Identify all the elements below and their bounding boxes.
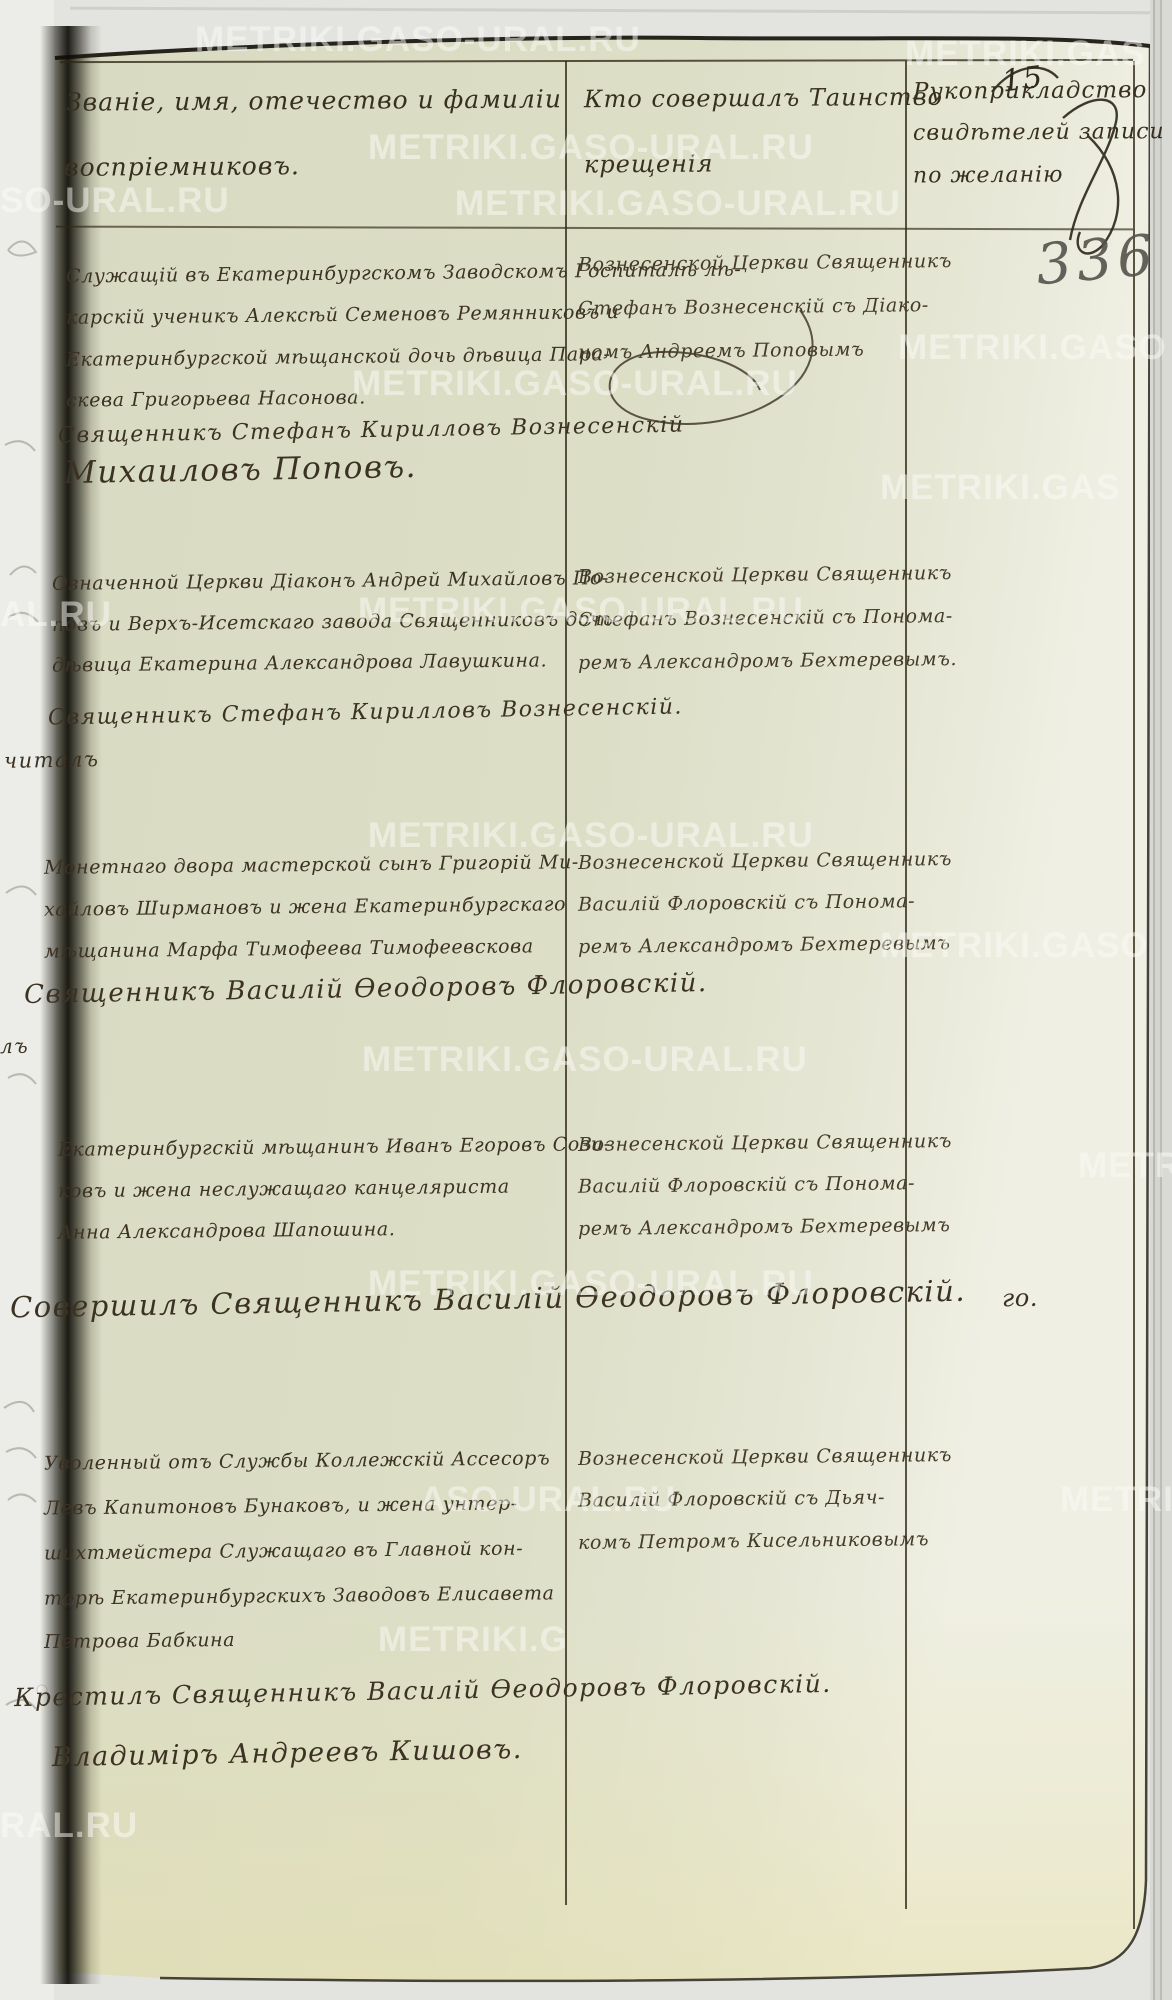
- header-col1-line2: воспріемниковъ.: [64, 151, 300, 182]
- header-col3-line3: по желанію: [913, 162, 1064, 188]
- officiant-line: ремъ Александромъ Бехтеревымъ: [578, 1214, 951, 1240]
- header-col2-line2: крещенія: [584, 150, 714, 179]
- officiant-line: Вознесенской Церкви Священникъ: [578, 1130, 952, 1156]
- margin-note: лъ: [0, 1034, 29, 1059]
- officiant-line: Вознесенской Церкви Священникъ: [578, 250, 952, 276]
- officiant-line: номъ Андреемъ Поповымъ: [578, 339, 865, 364]
- officiant-line: Василій Флоровскій съ Понома-: [578, 1172, 915, 1198]
- officiant-line: Стефанъ Вознесенскій съ Діако-: [578, 294, 929, 320]
- bleed-through-marks: [4, 241, 38, 1709]
- scan-edge-right: [1150, 0, 1172, 2000]
- godparents-line: скева Григорьева Насонова.: [66, 386, 366, 411]
- officiant-line: Василій Флоровскій съ Понома-: [578, 890, 915, 916]
- officiant-line: Вознесенской Церкви Священникъ: [578, 1444, 952, 1470]
- officiant-line: ремъ Александромъ Бехтеревымъ.: [578, 648, 957, 674]
- officiant-line: Василій Флоровскій съ Дьяч-: [578, 1486, 885, 1511]
- folio-number-pencil: 336: [1033, 223, 1160, 298]
- officiant-line: ремъ Александромъ Бехтеревымъ: [578, 932, 951, 958]
- header-col3-line2: свидѣтелей записи: [913, 119, 1165, 146]
- godparents-line: Анна Александрова Шапошина.: [58, 1218, 396, 1244]
- col3-note: го.: [1002, 1284, 1038, 1312]
- margin-note: читалъ: [4, 747, 100, 773]
- godparents-line: Петрова Бабкина: [44, 1629, 235, 1653]
- header-col2-line1: Кто совершалъ Таинство: [584, 83, 943, 114]
- page-number-ink: 15: [1000, 60, 1046, 100]
- godparents-line: ковъ и жена неслужащаго канцеляриста: [58, 1176, 510, 1203]
- table-rule-divider-2: [905, 61, 907, 1909]
- officiant-line: Стефанъ Вознесенскій съ Понома-: [578, 605, 953, 631]
- table-rule-right-border: [1133, 61, 1135, 1929]
- officiant-line: Вознесенской Церкви Священникъ: [578, 562, 952, 588]
- officiant-line: Вознесенской Церкви Священникъ: [578, 848, 952, 874]
- header-col1-line1: Званіе, имя, отечество и фамиліи: [66, 84, 562, 116]
- signature-line: Михаиловъ Поповъ.: [64, 449, 418, 491]
- officiant-line: комъ Петромъ Кисельниковымъ: [578, 1528, 929, 1554]
- scanned-metric-book-page: Званіе, имя, отечество и фамиліи воспріе…: [0, 0, 1172, 2000]
